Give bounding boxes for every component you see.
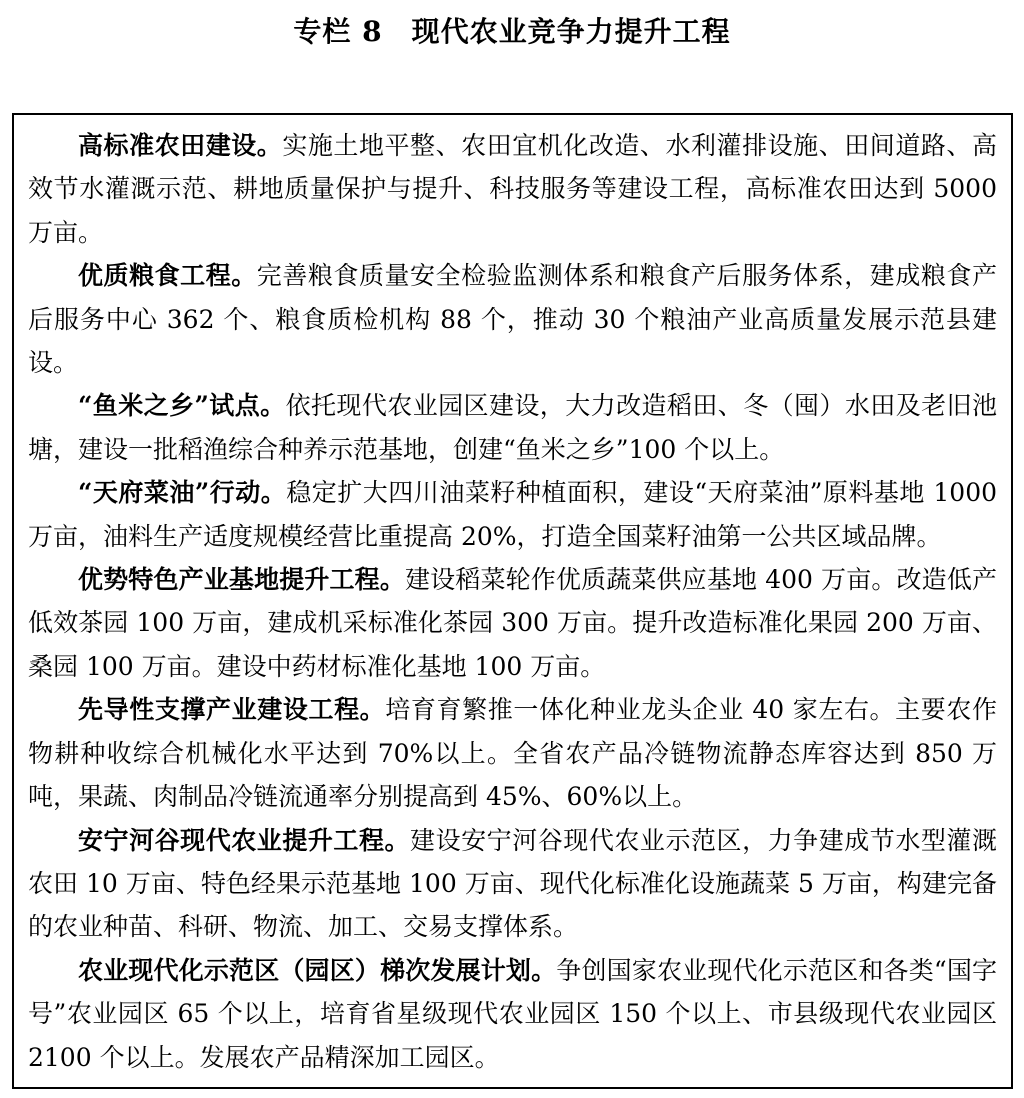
program-paragraph: 农业现代化示范区（园区）梯次发展计划。争创国家农业现代化示范区和各类“国字号”农… (28, 949, 997, 1079)
program-name: 优势特色产业基地提升工程。 (78, 565, 405, 594)
program-paragraph: 优势特色产业基地提升工程。建设稻菜轮作优质蔬菜供应基地 400 万亩。改造低产低… (28, 558, 997, 688)
program-name: “鱼米之乡”试点。 (78, 391, 286, 420)
program-paragraph: “鱼米之乡”试点。依托现代农业园区建设，大力改造稻田、冬（囤）水田及老旧池塘，建… (28, 384, 997, 471)
document-page: 专栏 8 现代农业竞争力提升工程 高标准农田建设。实施土地平整、农田宜机化改造、… (0, 0, 1024, 51)
page-title: 专栏 8 现代农业竞争力提升工程 (0, 0, 1024, 51)
program-name: 优质粮食工程。 (78, 261, 257, 290)
program-name: 农业现代化示范区（园区）梯次发展计划。 (78, 956, 556, 985)
program-name: 先导性支撑产业建设工程。 (78, 695, 385, 724)
program-paragraph: 安宁河谷现代农业提升工程。建设安宁河谷现代农业示范区，力争建成节水型灌溉农田 1… (28, 819, 997, 949)
program-name: “天府菜油”行动。 (78, 478, 286, 507)
content-box: 高标准农田建设。实施土地平整、农田宜机化改造、水利灌排设施、田间道路、高效节水灌… (12, 113, 1013, 1089)
program-paragraph: 高标准农田建设。实施土地平整、农田宜机化改造、水利灌排设施、田间道路、高效节水灌… (28, 124, 997, 254)
program-paragraph: 先导性支撑产业建设工程。培育育繁推一体化种业龙头企业 40 家左右。主要农作物耕… (28, 688, 997, 818)
program-paragraph: 优质粮食工程。完善粮食质量安全检验监测体系和粮食产后服务体系，建成粮食产后服务中… (28, 254, 997, 384)
program-paragraph: “天府菜油”行动。稳定扩大四川油菜籽种植面积，建设“天府菜油”原料基地 1000… (28, 471, 997, 558)
program-name: 高标准农田建设。 (78, 131, 282, 160)
program-name: 安宁河谷现代农业提升工程。 (78, 826, 410, 855)
